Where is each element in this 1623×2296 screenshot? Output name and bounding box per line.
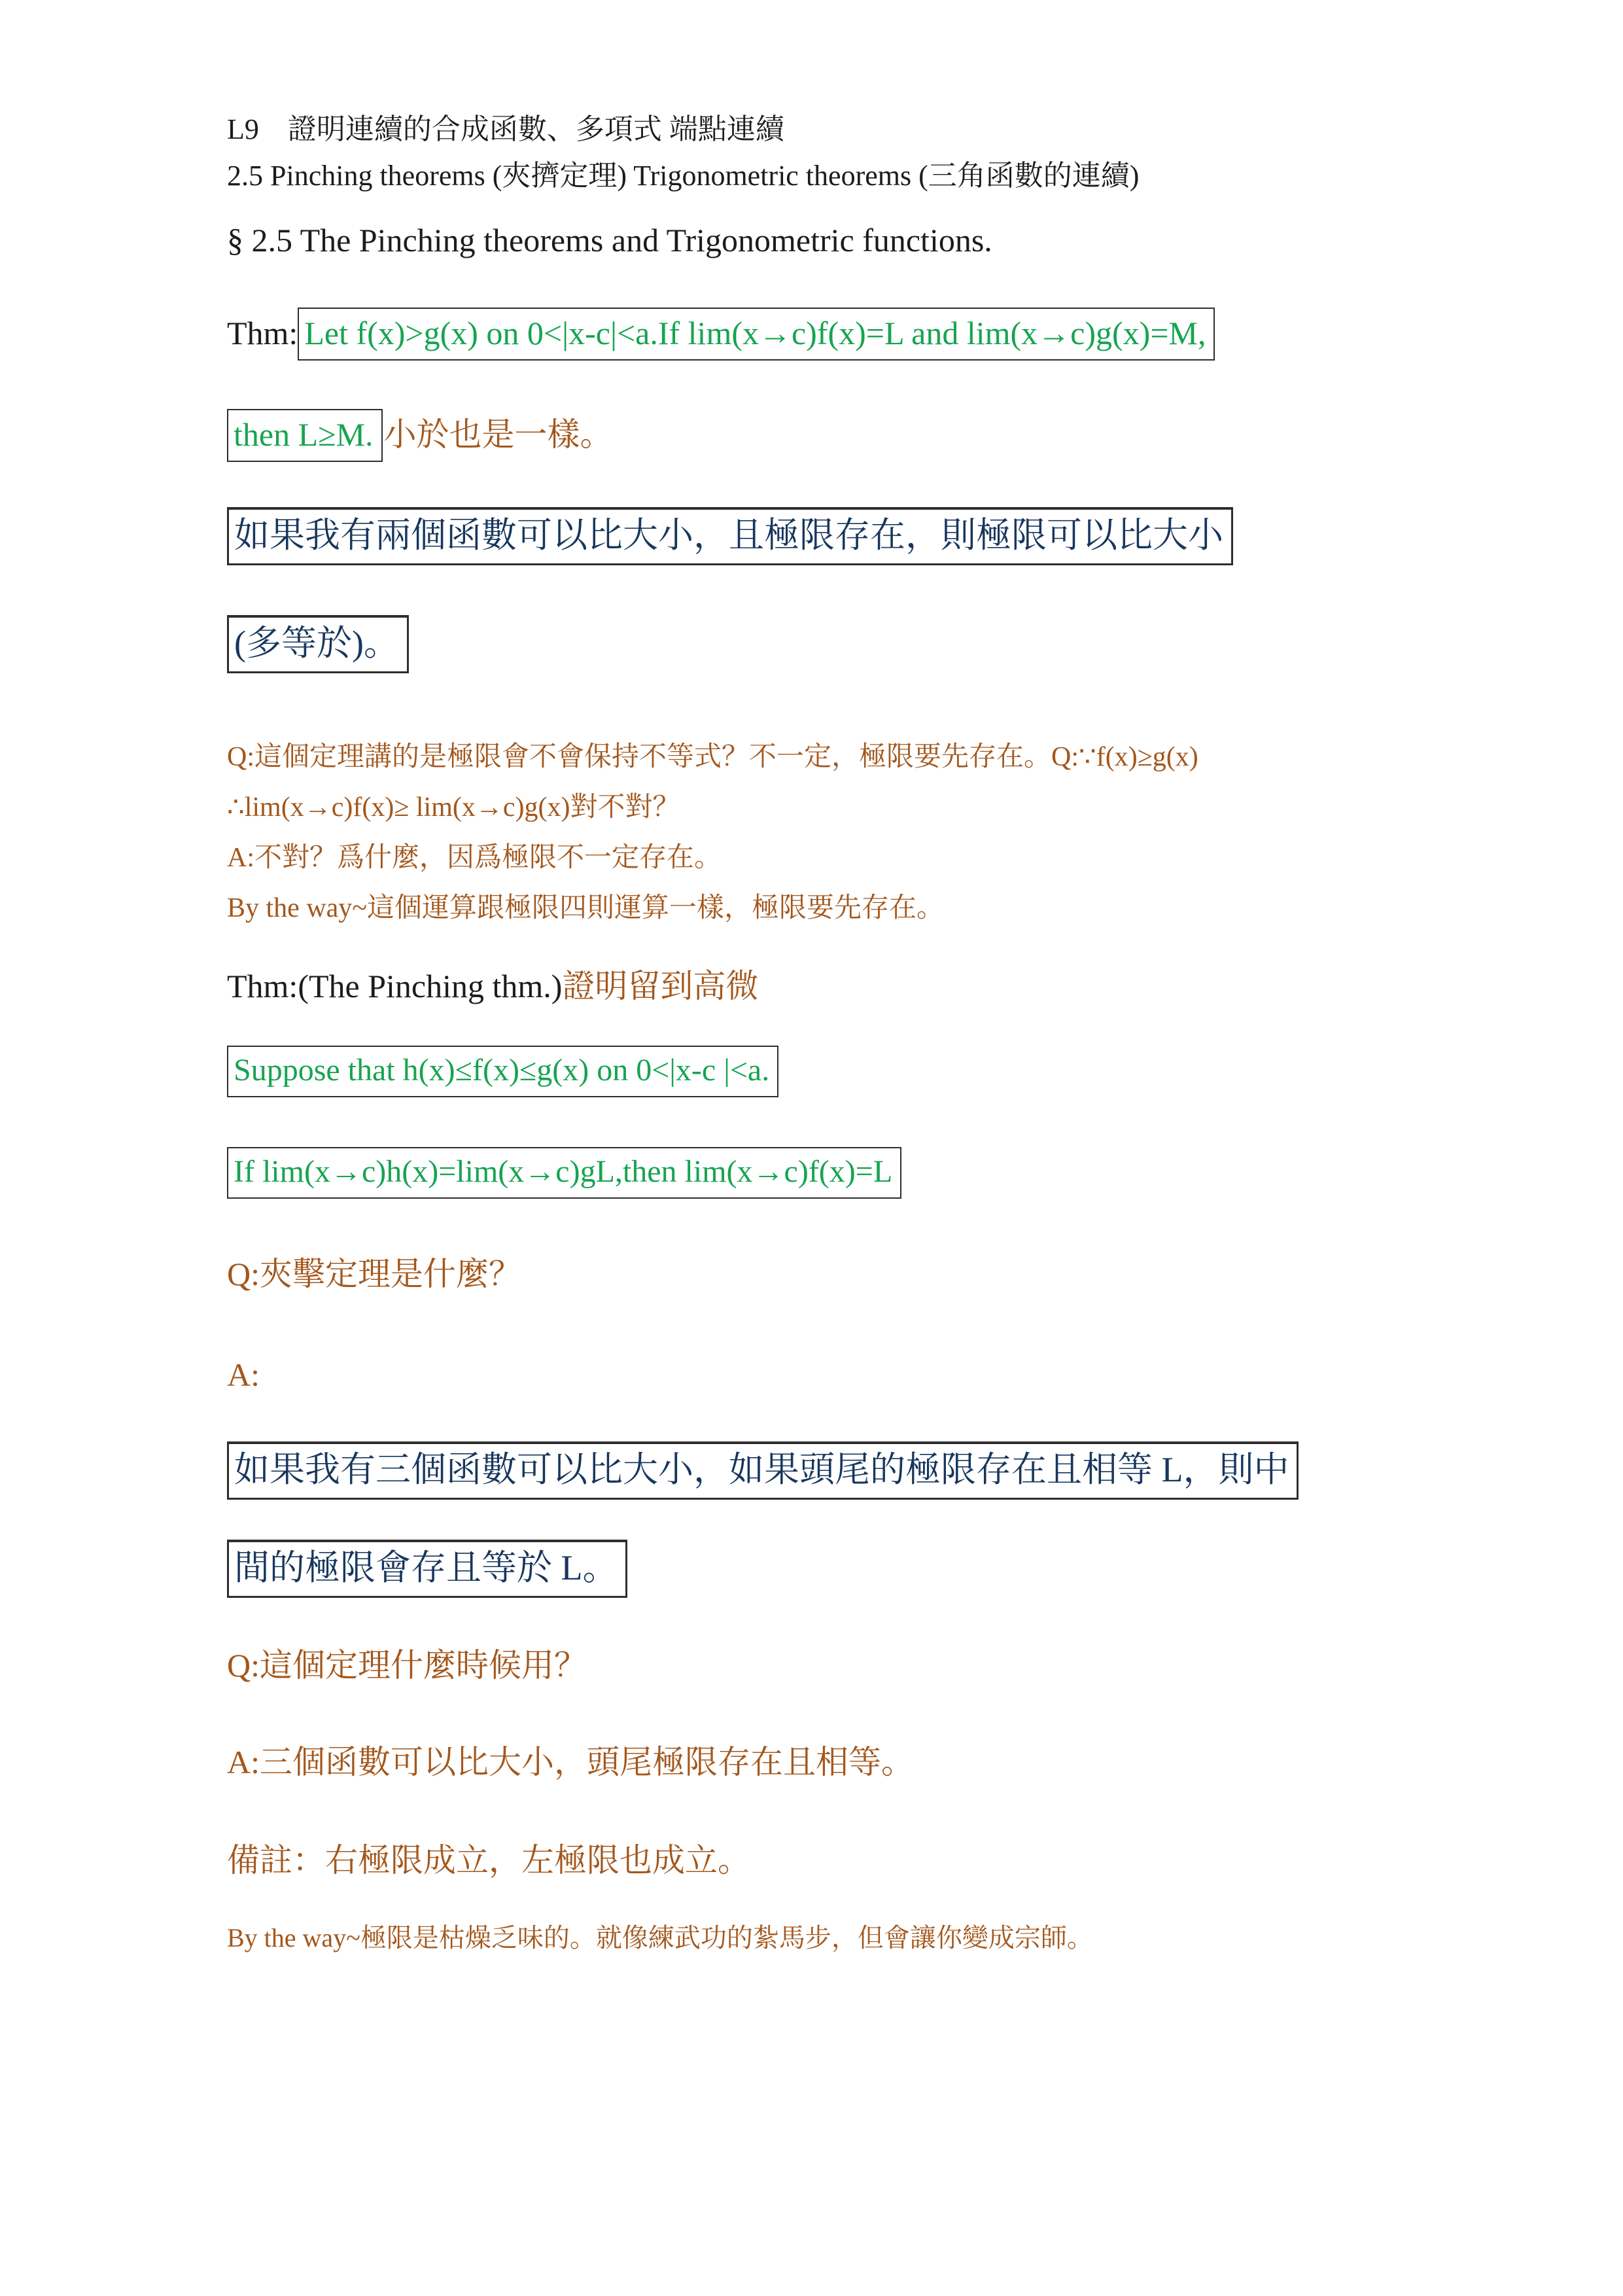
summary-box-1-line-1-wrap: 如果我有兩個函數可以比大小，且極限存在，則極限可以比大小 [227,507,1233,565]
theorem-1-label: Thm: [227,315,298,351]
header-line-2: 2.5 Pinching theorems (夾擠定理) Trigonometr… [227,159,1139,193]
qa1-question-line-2: ∴lim(x→c)f(x)≥ lim(x→c)g(x)對不對？ [227,792,680,824]
byway-closing-line: By the way~極限是枯燥乏味的。就像練武功的紮馬步，但會讓你變成宗師。 [227,1922,1093,1953]
section-heading: § 2.5 The Pinching theorems and Trigonom… [227,221,992,260]
theorem-2-conclusion-wrap: If lim(x→c)h(x)=lim(x→c)gL,then lim(x→c)… [227,1147,901,1199]
summary-box-2-line-2: 間的極限會存且等於 L。 [227,1540,627,1598]
summary-box-1-line-2: (多等於)。 [227,615,409,673]
header-line-1: L9 證明連續的合成函數、多項式 端點連續 [227,113,784,147]
qa2-answer-label: A: [227,1356,260,1394]
theorem-2-title-line: Thm:(The Pinching thm.)證明留到高微 [227,967,758,1006]
theorem-1-box-line-2: then L≥M. [227,409,383,462]
qa1-byway-line: By the way~這個運算跟極限四則運算一樣，極限要先存在。 [227,892,944,925]
theorem-2-label: Thm:(The Pinching thm.) [227,968,562,1004]
theorem-2-box-line-2: If lim(x→c)h(x)=lim(x→c)gL,then lim(x→c)… [227,1147,901,1199]
qa1-question-line-1: Q:這個定理講的是極限會不會保持不等式？不一定，極限要先存在。Q:∵f(x)≥g… [227,741,1198,774]
document-page: L9 證明連續的合成函數、多項式 端點連續 2.5 Pinching theor… [0,0,1623,2296]
theorem-1-line: Thm:Let f(x)>g(x) on 0<|x-c|<a.If lim(x→… [227,308,1215,361]
summary-box-2-line-1-wrap: 如果我有三個函數可以比大小，如果頭尾的極限存在且相等 L，則中 [227,1441,1299,1500]
summary-box-2-line-1: 如果我有三個函數可以比大小，如果頭尾的極限存在且相等 L，則中 [227,1441,1299,1500]
qa3-question-line: Q:這個定理什麼時候用？ [227,1646,587,1685]
summary-box-1-line-2-wrap: (多等於)。 [227,615,409,673]
qa1-answer-line: A:不對？爲什麼，因爲極限不一定存在。 [227,842,722,875]
theorem-2-box-line-1: Suppose that h(x)≤f(x)≤g(x) on 0<|x-c |<… [227,1046,778,1097]
summary-box-1-line-1: 如果我有兩個函數可以比大小，且極限存在，則極限可以比大小 [227,507,1233,565]
theorem-2-note: 證明留到高微 [562,968,758,1004]
qa3-answer-line: A:三個函數可以比大小，頭尾極限存在且相等。 [227,1743,914,1782]
theorem-1-note: 小於也是一樣。 [384,416,613,453]
theorem-1-conclusion-line: then L≥M.小於也是一樣。 [227,409,613,462]
summary-box-2-line-2-wrap: 間的極限會存且等於 L。 [227,1540,627,1598]
theorem-2-hypothesis-wrap: Suppose that h(x)≤f(x)≤g(x) on 0<|x-c |<… [227,1046,778,1097]
qa2-question-line: Q:夾擊定理是什麼？ [227,1255,521,1294]
remark-line: 備註：右極限成立，左極限也成立。 [227,1841,750,1880]
theorem-1-box-line-1: Let f(x)>g(x) on 0<|x-c|<a.If lim(x→c)f(… [298,308,1215,361]
